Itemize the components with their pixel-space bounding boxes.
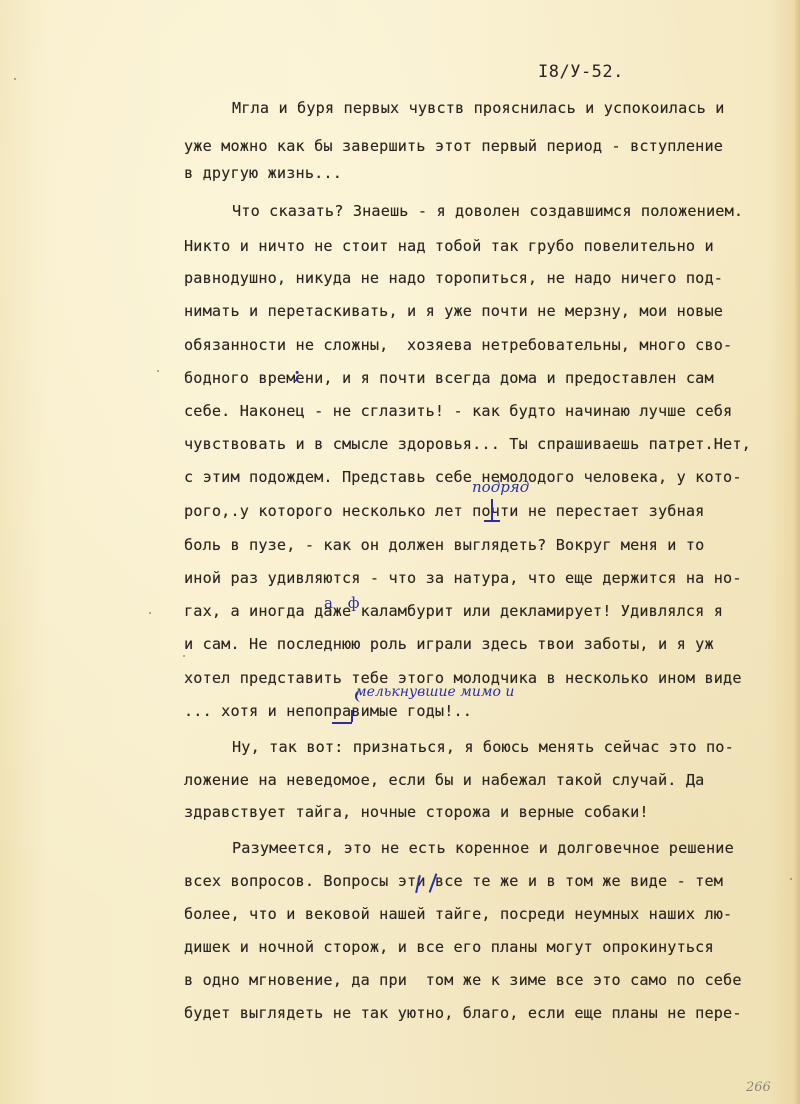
text-line: равнодушно, никуда не надо торопиться, н…	[184, 268, 723, 288]
text-line: бодного времени, и я почти всегда дома и…	[184, 368, 714, 388]
insertion-caret-base	[484, 520, 500, 522]
text-line: Мгла и буря первых чувств прояснилась и …	[232, 98, 725, 118]
text-line: в другую жизнь...	[184, 163, 342, 183]
insertion-bracket-stem	[351, 710, 353, 722]
text-line: Ну, так вот: признаться, я боюсь менять …	[232, 737, 734, 757]
paper-edge	[794, 0, 800, 1104]
insertion-bracket-base	[332, 722, 352, 724]
text-line: гах, а иногда даже каламбурит или деклам…	[184, 601, 723, 621]
handwritten-insert-podryad: подряд	[472, 478, 529, 496]
text-line: здравствует тайга, ночные сторожа и верн…	[184, 802, 649, 822]
text-line: нимать и перетаскивать, и я уже почти не…	[184, 301, 723, 321]
letter-date: I8/У-52.	[538, 62, 624, 82]
text-line: рого,.у которого несколько лет почти не …	[184, 501, 704, 521]
text-line: Никто и ничто не стоит над тобой так гру…	[184, 236, 714, 256]
text-line: ложение на неведомое, если бы и набежал …	[184, 770, 704, 790]
document-page: I8/У-52. Мгла и буря первых чувств прояс…	[0, 0, 800, 1104]
handwritten-letter-corrections: а ф	[324, 594, 364, 612]
text-line: Разумеется, это не есть коренное и долго…	[232, 838, 734, 858]
handwritten-insert-gody: мелькнувшие мимо и	[355, 684, 514, 700]
text-line: Что сказать? Знаешь - я доволен создавши…	[232, 201, 743, 221]
text-line: боль в пузе, - как он должен выглядеть? …	[184, 535, 704, 555]
paper-speck	[790, 878, 792, 880]
text-line: более, что и вековой нашей тайге, посред…	[184, 904, 732, 924]
text-line: и сам. Не последнюю роль играли здесь тв…	[184, 634, 714, 654]
text-line: чувствовать и в смысле здоровья... Ты сп…	[184, 434, 751, 454]
text-line: себе. Наконец - не сглазить! - как будто…	[184, 401, 732, 421]
insertion-caret-mark	[491, 499, 493, 521]
text-line: всех вопросов. Вопросы эти все те же и в…	[184, 871, 723, 891]
text-line: в одно мгновение, да при том же к зиме в…	[184, 970, 742, 990]
text-line: иной раз удивляются - что за натура, что…	[184, 568, 742, 588]
text-line: обязанности не сложны, хозяева нетребова…	[184, 335, 732, 355]
text-line: ... хотя и непоправимые годы!..	[184, 701, 472, 721]
text-line: уже можно как бы завершить этот первый п…	[184, 136, 723, 156]
paper-speck	[157, 370, 159, 372]
text-line: будет выглядеть не так уютно, благо, есл…	[184, 1003, 742, 1023]
text-line: дишек и ночной сторож, и все его планы м…	[184, 937, 714, 957]
paper-speck	[183, 655, 185, 657]
text-line: с этим подождем. Представь себе немолодо…	[184, 467, 742, 487]
handwritten-semicolon: ;	[294, 364, 300, 384]
insertion-bracket	[355, 690, 363, 702]
paper-speck	[14, 78, 16, 80]
paper-speck	[149, 612, 151, 614]
page-number: 266	[746, 1080, 771, 1095]
